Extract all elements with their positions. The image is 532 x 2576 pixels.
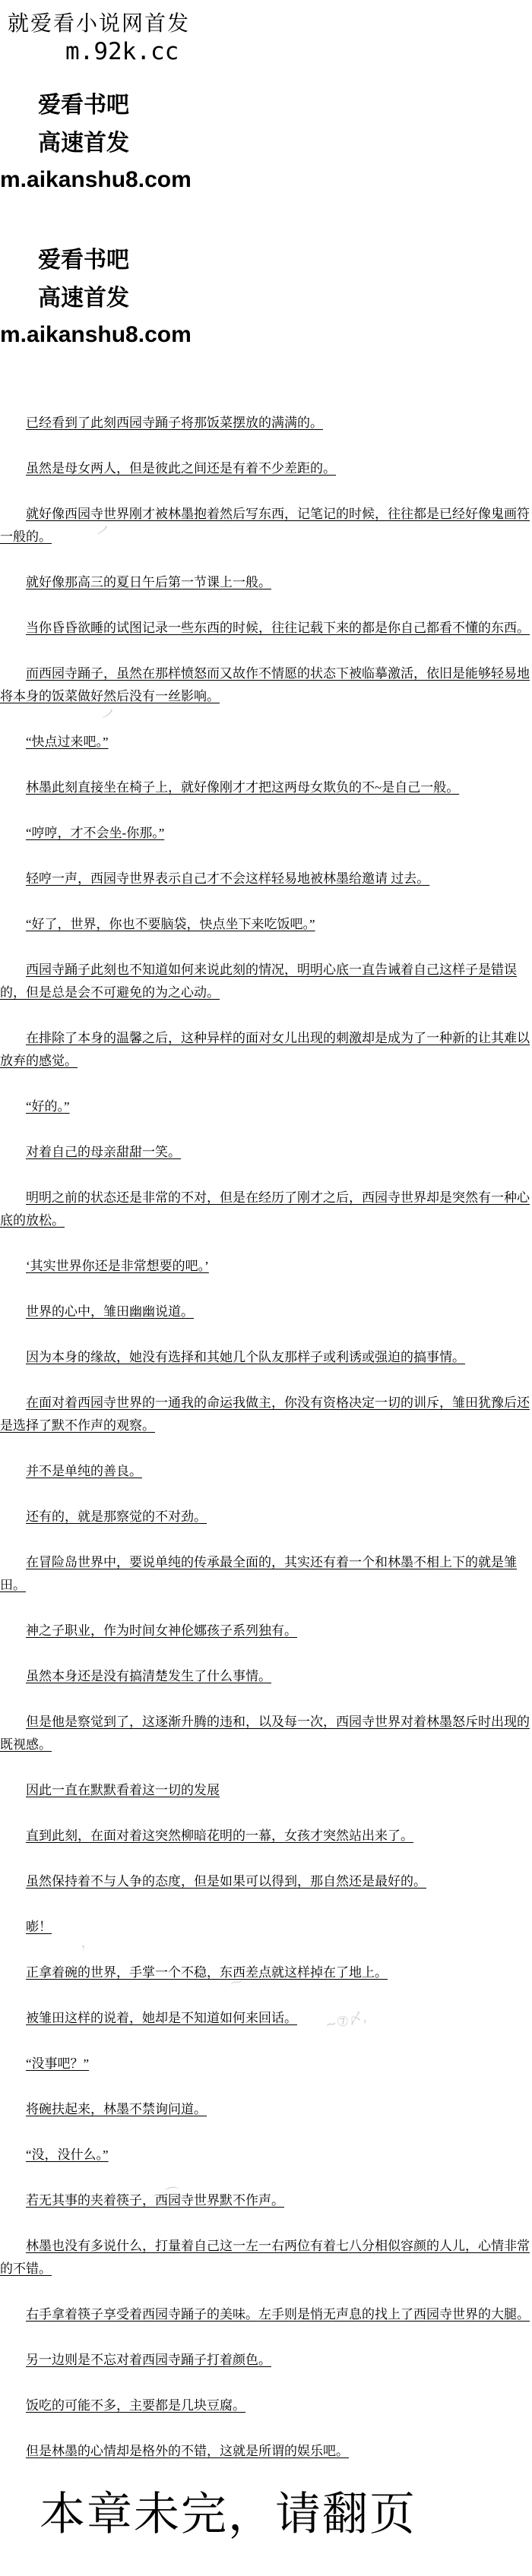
promo-tagline: 高速首发: [38, 280, 532, 318]
promo-site-name: 爱看书吧: [38, 242, 532, 280]
novel-paragraph: 但是林墨的心情却是格外的不错，这就是所谓的娱乐吧。: [0, 2440, 532, 2463]
novel-paragraph: 虽然保持着不与人争的态度，但是如果可以得到，那自然还是最好的。: [0, 1870, 532, 1893]
promo-url: m.aikanshu8.com: [0, 318, 532, 352]
novel-paragraph: 正拿着碗的世界，手掌一个不稳，东西差点就这样掉在了地上。: [0, 1961, 532, 1984]
site-watermark-header: 就爱看小说网首发 m.92k.cc: [0, 0, 532, 64]
novel-paragraph: 林墨也没有多说什么，打量着自己这一左一右两位有着七八分相似容颜的人儿，心情非常的…: [0, 2235, 532, 2280]
novel-paragraph: “哼哼，才不会坐-你那。”: [0, 822, 532, 845]
novel-paragraph: 虽然是母女两人，但是彼此之间还是有着不少差距的。: [0, 457, 532, 480]
promo-block-2: 爱看书吧 高速首发 m.aikanshu8.com: [0, 242, 532, 352]
novel-paragraph: 若无其事的夹着筷子，西园寺世界默不作声。: [0, 2189, 532, 2212]
novel-paragraph: 但是他是察觉到了，这逐渐升腾的违和，以及每一次，西园寺世界对着林墨怒斥时出现的既…: [0, 1711, 532, 1756]
novel-paragraph: 在冒险岛世界中，要说单纯的传承最全面的，其实还有着一个和林墨不相上下的就是雏田。: [0, 1551, 532, 1597]
promo-site-name: 爱看书吧: [38, 87, 532, 125]
novel-paragraph: 因此一直在默默看着这一切的发展: [0, 1779, 532, 1802]
novel-paragraph: 嘭！: [0, 1916, 532, 1939]
novel-paragraph: 就好像西园寺世界刚才被林墨抱着然后写东西，记笔记的时候，往往都是已经好像鬼画符一…: [0, 503, 532, 548]
novel-paragraph: 还有的，就是那察觉的不对劲。: [0, 1506, 532, 1528]
novel-paragraph: 在排除了本身的温馨之后，这种异样的面对女儿出现的刺激却是成为了一种新的让其难以放…: [0, 1027, 532, 1073]
novel-paragraph: “快点过来吧。”: [0, 731, 532, 754]
novel-paragraph: “没，没什么。”: [0, 2144, 532, 2167]
novel-paragraph: 因为本身的缘故，她没有选择和其她几个队友那样子或利诱或强迫的搞事情。: [0, 1346, 532, 1369]
promo-url: m.aikanshu8.com: [0, 163, 532, 198]
novel-paragraph: 当你昏昏欲睡的试图记录一些东西的时候，往往记载下来的都是你自己都看不懂的东西。: [0, 617, 532, 640]
promo-tagline: 高速首发: [38, 125, 532, 163]
novel-paragraph: 林墨此刻直接坐在椅子上，就好像刚才才把这两母女欺负的不~是自己一般。: [0, 776, 532, 799]
novel-paragraph: “好了，世界，你也不要脑袋，快点坐下来吃饭吧。”: [0, 913, 532, 936]
novel-paragraph: 已经看到了此刻西园寺踊子将那饭菜摆放的满满的。: [0, 412, 532, 435]
novel-paragraph: 另一边则是不忘对着西园寺踊子打着颜色。: [0, 2349, 532, 2372]
novel-paragraph: 将碗扶起来，林墨不禁询问道。: [0, 2098, 532, 2121]
novel-paragraph: 而西园寺踊子，虽然在那样愤怒而又故作不情愿的状态下被临摹激活，依旧是能够轻易地将…: [0, 662, 532, 708]
novel-reader-page: 就爱看小说网首发 m.92k.cc 爱看书吧 高速首发 m.aikanshu8.…: [0, 0, 532, 2576]
novel-paragraph: 右手拿着筷子享受着西园寺踊子的美味。左手则是悄无声息的找上了西园寺世界的大腿。: [0, 2303, 532, 2326]
novel-paragraph: 被雏田这样的说着，她却是不知道如何来回话。: [0, 2007, 532, 2030]
novel-paragraph: “没事吧？”: [0, 2053, 532, 2075]
novel-paragraph: 西园寺踊子此刻也不知道如何来说此刻的情况，明明心底一直告诫着自己这样子是错误的，…: [0, 959, 532, 1004]
novel-paragraph: 明明之前的状态还是非常的不对，但是在经历了刚才之后，西园寺世界却是突然有一种心底…: [0, 1187, 532, 1232]
novel-paragraph: 对着自己的母亲甜甜一笑。: [0, 1141, 532, 1164]
novel-paragraph: 直到此刻，在面对着这突然柳暗花明的一幕，女孩才突然站出来了。: [0, 1825, 532, 1847]
page-end-notice: 本章未完，请翻页: [40, 2486, 532, 2543]
novel-paragraph: 虽然本身还是没有搞清楚发生了什么事情。: [0, 1665, 532, 1688]
novel-paragraph: 世界的心中，雏田幽幽说道。: [0, 1301, 532, 1323]
novel-paragraph: 在面对着西园寺世界的一通我的命运我做主，你没有资格决定一切的训斥，雏田犹豫后还是…: [0, 1392, 532, 1437]
novel-paragraph: “好的。”: [0, 1095, 532, 1118]
novel-paragraph: 并不是单纯的善良。: [0, 1460, 532, 1483]
novel-paragraph: 轻哼一声，西园寺世界表示自己才不会这样轻易地被林墨给邀请 过去。: [0, 868, 532, 890]
novel-paragraph: ‘其实世界你还是非常想要的吧。’: [0, 1255, 532, 1278]
promo-block-1: 爱看书吧 高速首发 m.aikanshu8.com: [0, 87, 532, 198]
chapter-content: 已经看到了此刻西园寺踊子将那饭菜摆放的满满的。虽然是母女两人，但是彼此之间还是有…: [0, 412, 532, 2463]
site-url-text: m.92k.cc: [65, 40, 532, 64]
novel-paragraph: 饭吃的可能不多，主要都是几块豆腐。: [0, 2394, 532, 2417]
novel-paragraph: 神之子职业，作为时间女神伦娜孩子系列独有。: [0, 1620, 532, 1642]
novel-paragraph: 就好像那高三的夏日午后第一节课上一般。: [0, 571, 532, 594]
site-name-calligraphy: 就爱看小说网首发: [8, 0, 532, 38]
